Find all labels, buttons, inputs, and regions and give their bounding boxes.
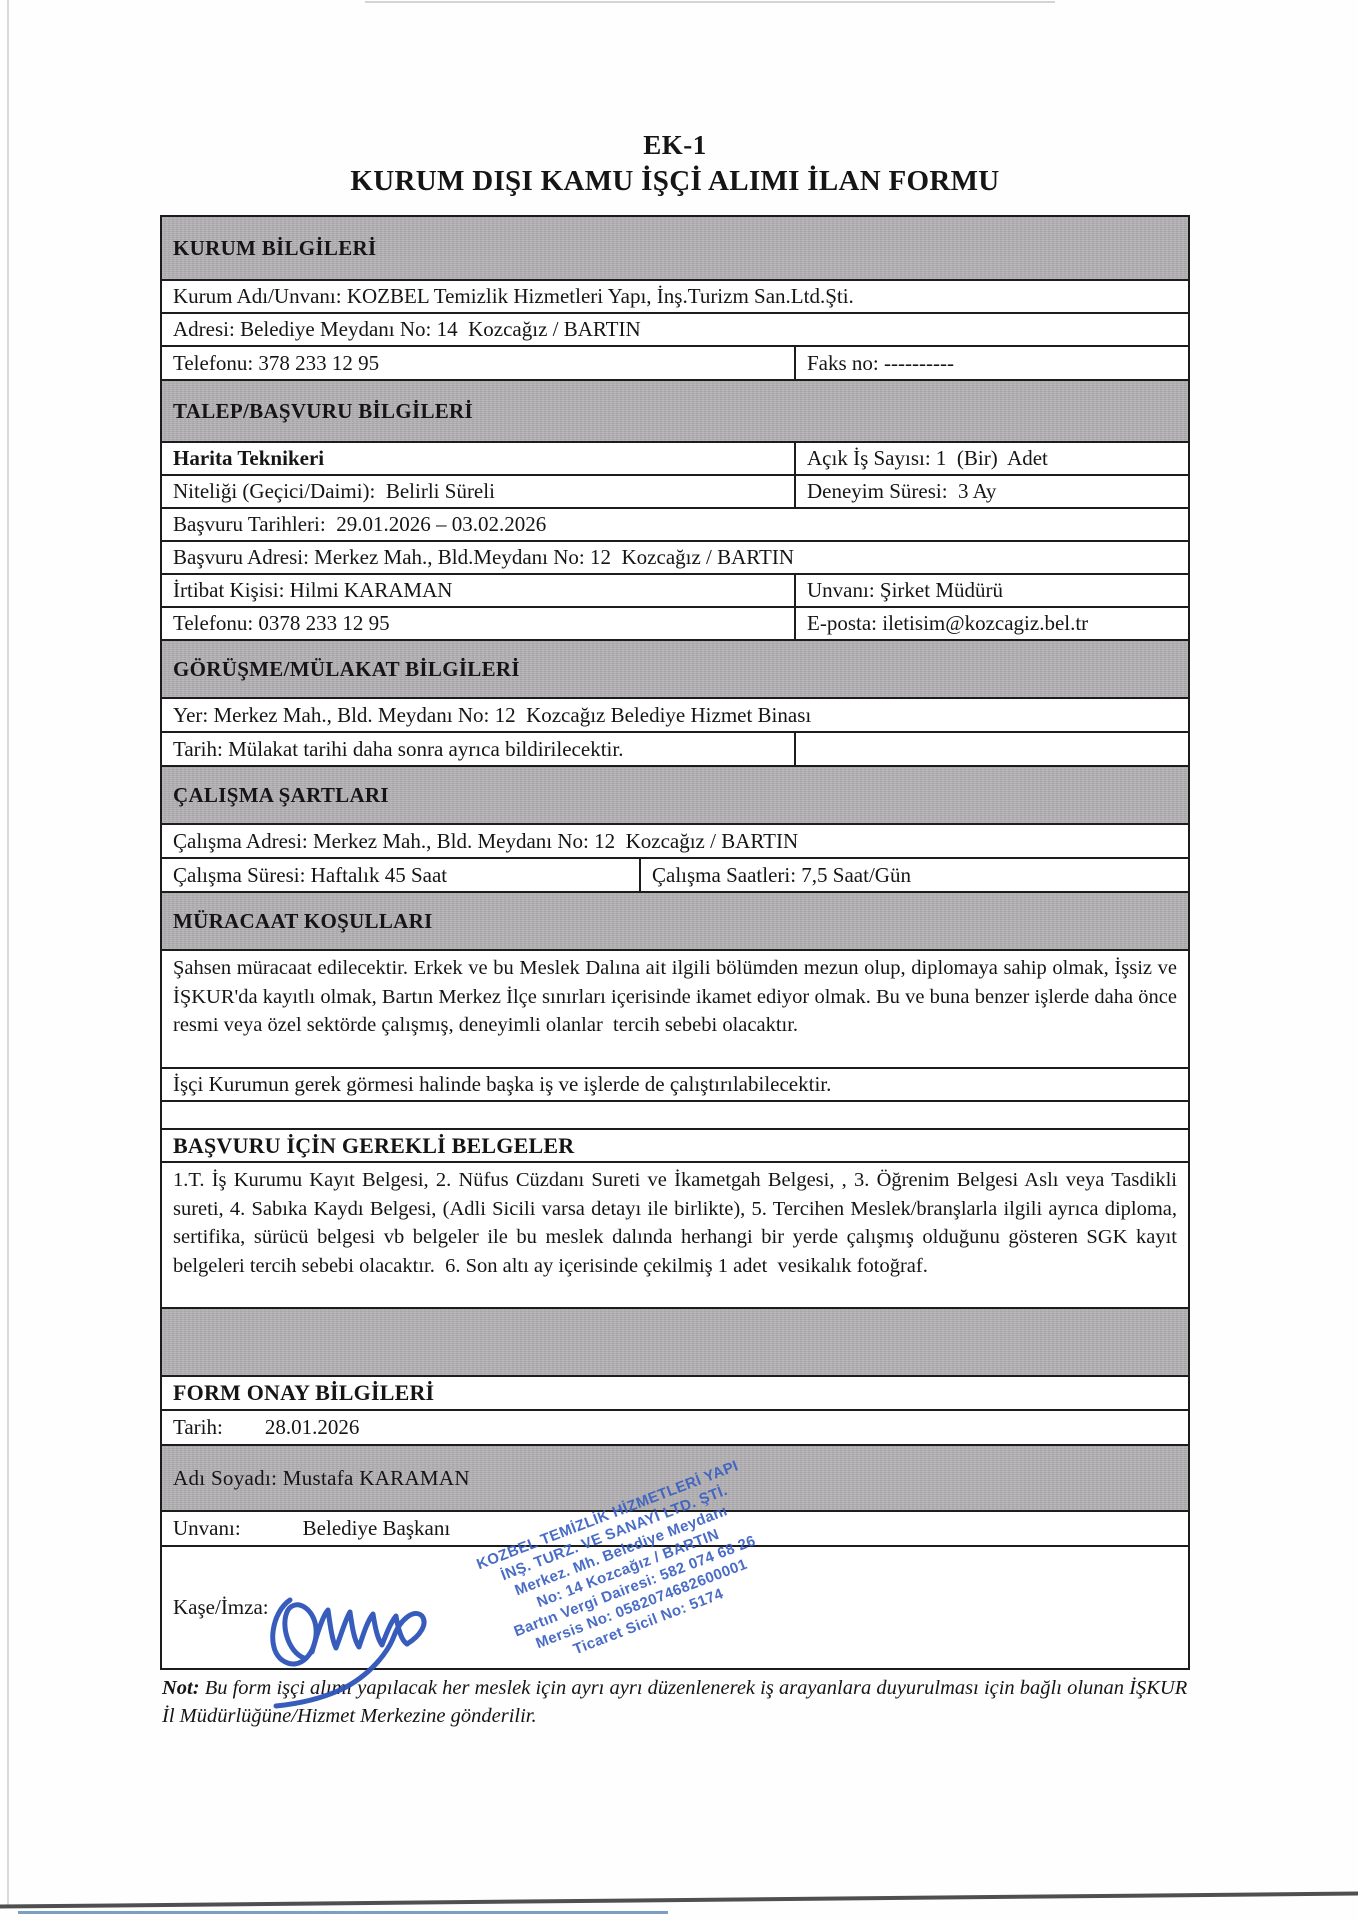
row-telefon-eposta: Telefonu: 0378 233 12 95 E-posta: iletis… [162, 608, 1188, 641]
row-calisma-adresi: Çalışma Adresi: Merkez Mah., Bld. Meydan… [162, 825, 1188, 859]
empty-cell [162, 1102, 1188, 1128]
row-kase-imza: Kaşe/İmza: [162, 1547, 1188, 1668]
form-title-main: KURUM DIŞI KAMU İŞÇİ ALIMI İLAN FORMU [160, 165, 1190, 198]
section-title: ÇALIŞMA ŞARTLARI [162, 767, 1188, 823]
meslek-text: Harita Teknikeri [162, 443, 794, 474]
row-meslek-acik-is: Harita Teknikeri Açık İş Sayısı: 1 (Bir)… [162, 443, 1188, 476]
row-onay-unvani: Unvanı:Belediye Başkanı [162, 1512, 1188, 1547]
adresi-text: Adresi: Belediye Meydanı No: 14 Kozcağız… [162, 314, 1188, 345]
section-header-kurum-bilgileri: KURUM BİLGİLERİ [162, 217, 1188, 281]
gray-spacer-band [162, 1309, 1188, 1377]
ek-kosul-text: İşçi Kurumun gerek görmesi halinde başka… [162, 1069, 1188, 1100]
scan-artifact-bottom [0, 1891, 1358, 1908]
section-title: MÜRACAAT KOŞULLARI [162, 893, 1188, 949]
row-basvuru-adresi: Başvuru Adresi: Merkez Mah., Bld.Meydanı… [162, 542, 1188, 575]
row-adi-soyadi: Adı Soyadı: Mustafa KARAMAN [162, 1446, 1188, 1512]
mulakat-tarih-text: Tarih: Mülakat tarihi daha sonra ayrıca … [162, 733, 794, 765]
onay-tarih-value: 28.01.2026 [265, 1415, 360, 1439]
form-table: KURUM BİLGİLERİ Kurum Adı/Unvanı: KOZBEL… [160, 215, 1190, 1670]
scan-artifact-left [7, 0, 9, 1905]
row-mulakat-tarih: Tarih: Mülakat tarihi daha sonra ayrıca … [162, 733, 1188, 767]
row-telefon-faks: Telefonu: 378 233 12 95 Faks no: -------… [162, 347, 1188, 381]
row-empty-spacer [162, 1102, 1188, 1130]
onay-unvani-label: Unvanı: [173, 1516, 241, 1540]
row-form-onay-header: FORM ONAY BİLGİLERİ [162, 1377, 1188, 1411]
section-title: TALEP/BAŞVURU BİLGİLERİ [162, 381, 1188, 441]
section-header-talep-basvuru: TALEP/BAŞVURU BİLGİLERİ [162, 381, 1188, 443]
kurum-adi-text: Kurum Adı/Unvanı: KOZBEL Temizlik Hizmet… [162, 281, 1188, 312]
deneyim-suresi-text: Deneyim Süresi: 3 Ay [794, 476, 1188, 507]
yer-text: Yer: Merkez Mah., Bld. Meydanı No: 12 Ko… [162, 699, 1188, 731]
row-calisma-suresi-saatleri: Çalışma Süresi: Haftalık 45 Saat Çalışma… [162, 859, 1188, 893]
acik-is-sayisi-text: Açık İş Sayısı: 1 (Bir) Adet [794, 443, 1188, 474]
row-onay-tarih: Tarih:28.01.2026 [162, 1411, 1188, 1446]
basvuru-tarihleri-text: Başvuru Tarihleri: 29.01.2026 – 03.02.20… [162, 509, 1188, 540]
mulakat-tarih-empty-cell [794, 733, 1188, 765]
footer-note-text: Bu form işçi alımı yapılacak her meslek … [162, 1677, 1187, 1727]
basvuru-adresi-text: Başvuru Adresi: Merkez Mah., Bld.Meydanı… [162, 542, 1188, 573]
section-header-calisma-sartlari: ÇALIŞMA ŞARTLARI [162, 767, 1188, 825]
unvani-text: Unvanı: Şirket Müdürü [794, 575, 1188, 606]
onay-tarih-label: Tarih: [173, 1415, 223, 1439]
form-title-ek1: EK-1 [160, 130, 1190, 161]
onay-unvani: Unvanı:Belediye Başkanı [162, 1512, 1188, 1545]
empty-cell [162, 1309, 1188, 1375]
eposta-text: E-posta: iletisim@kozcagiz.bel.tr [794, 608, 1188, 639]
onay-tarih: Tarih:28.01.2026 [162, 1411, 1188, 1444]
row-yer: Yer: Merkez Mah., Bld. Meydanı No: 12 Ko… [162, 699, 1188, 733]
row-muracaat-paragraf: Şahsen müracaat edilecektir. Erkek ve bu… [162, 951, 1188, 1069]
faks-text: Faks no: ---------- [794, 347, 1188, 379]
section-header-muracaat-kosullari: MÜRACAAT KOŞULLARI [162, 893, 1188, 951]
gerekli-belgeler-title: BAŞVURU İÇİN GEREKLİ BELGELER [162, 1130, 1188, 1161]
form-onay-title: FORM ONAY BİLGİLERİ [162, 1377, 1188, 1409]
gerekli-belgeler-paragraf-text: 1.T. İş Kurumu Kayıt Belgesi, 2. Nüfus C… [162, 1163, 1188, 1307]
section-title: KURUM BİLGİLERİ [162, 217, 1188, 279]
onay-unvani-value: Belediye Başkanı [303, 1516, 451, 1540]
irtibat-kisisi-text: İrtibat Kişisi: Hilmi KARAMAN [162, 575, 794, 606]
row-basvuru-tarihleri: Başvuru Tarihleri: 29.01.2026 – 03.02.20… [162, 509, 1188, 542]
form-titles: EK-1 KURUM DIŞI KAMU İŞÇİ ALIMI İLAN FOR… [160, 130, 1190, 198]
adi-soyadi-text: Adı Soyadı: Mustafa KARAMAN [162, 1446, 1188, 1510]
footer-note: Not: Bu form işçi alımı yapılacak her me… [162, 1674, 1197, 1730]
calisma-adresi-text: Çalışma Adresi: Merkez Mah., Bld. Meydan… [162, 825, 1188, 857]
telefon-text: Telefonu: 378 233 12 95 [162, 347, 794, 379]
row-gerekli-belgeler-paragraf: 1.T. İş Kurumu Kayıt Belgesi, 2. Nüfus C… [162, 1163, 1188, 1309]
kase-imza-label: Kaşe/İmza: [162, 1547, 1188, 1668]
section-header-gorusme-mulakat: GÖRÜŞME/MÜLAKAT BİLGİLERİ [162, 641, 1188, 699]
footer-note-label: Not: [162, 1677, 200, 1699]
row-irtibat-unvani: İrtibat Kişisi: Hilmi KARAMAN Unvanı: Şi… [162, 575, 1188, 608]
row-kurum-adi: Kurum Adı/Unvanı: KOZBEL Temizlik Hizmet… [162, 281, 1188, 314]
scan-artifact-top [365, 1, 1055, 3]
scan-artifact-bottom-blue [18, 1911, 668, 1914]
calisma-suresi-text: Çalışma Süresi: Haftalık 45 Saat [162, 859, 639, 891]
row-gerekli-belgeler-header: BAŞVURU İÇİN GEREKLİ BELGELER [162, 1130, 1188, 1163]
calisma-saatleri-text: Çalışma Saatleri: 7,5 Saat/Gün [639, 859, 1188, 891]
telefon2-text: Telefonu: 0378 233 12 95 [162, 608, 794, 639]
scanned-form-page: EK-1 KURUM DIŞI KAMU İŞÇİ ALIMI İLAN FOR… [0, 0, 1358, 1920]
row-adresi: Adresi: Belediye Meydanı No: 14 Kozcağız… [162, 314, 1188, 347]
niteligi-text: Niteliği (Geçici/Daimi): Belirli Süreli [162, 476, 794, 507]
section-title: GÖRÜŞME/MÜLAKAT BİLGİLERİ [162, 641, 1188, 697]
row-niteligi-deneyim: Niteliği (Geçici/Daimi): Belirli Süreli … [162, 476, 1188, 509]
muracaat-paragraf-text: Şahsen müracaat edilecektir. Erkek ve bu… [162, 951, 1188, 1067]
row-ek-kosul: İşçi Kurumun gerek görmesi halinde başka… [162, 1069, 1188, 1102]
